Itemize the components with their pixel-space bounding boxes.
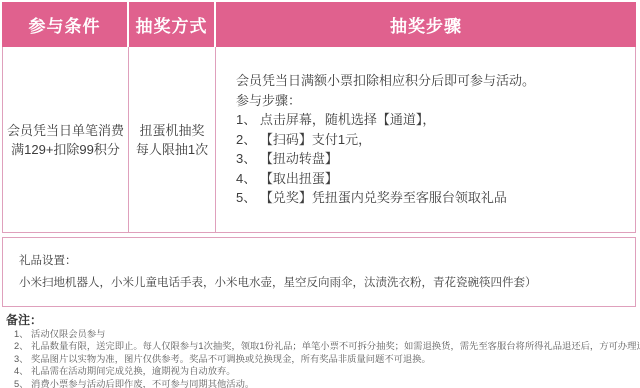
- condition-cell: 会员凭当日单笔消费 满129+扣除99积分: [3, 47, 129, 232]
- header-steps-label: 抽奖步骤: [390, 12, 462, 37]
- gift-settings-box: 礼品设置： 小米扫地机器人，小米儿童电话手表，小米电水壶，星空反向雨伞，汰渍洗衣…: [2, 237, 636, 307]
- gift-settings-items: 小米扫地机器人，小米儿童电话手表，小米电水壶，星空反向雨伞，汰渍洗衣粉，青花瓷碗…: [19, 272, 627, 294]
- rules-table: 参与条件 抽奖方式 抽奖步骤 会员凭当日单笔消费 满129+扣除99积分 扭蛋机…: [2, 2, 636, 388]
- note-item-2: 2、 礼品数量有限，送完即止。每人仅限参与1次抽奖，领取1份礼品；单笔小票不可拆…: [14, 340, 632, 352]
- step-item-3: 3、 【扭动转盘】: [236, 149, 627, 169]
- header-method-label: 抽奖方式: [136, 12, 208, 37]
- header-cell-steps: 抽奖步骤: [216, 2, 636, 47]
- method-line-1: 扭蛋机抽奖: [139, 121, 204, 140]
- header-cell-method: 抽奖方式: [129, 2, 214, 47]
- step-item-5: 5、 【兑奖】凭扭蛋内兑奖券至客服台领取礼品: [236, 188, 627, 208]
- condition-line-2: 满129+扣除99积分: [11, 140, 120, 159]
- table-header-row: 参与条件 抽奖方式 抽奖步骤: [2, 2, 636, 47]
- steps-cell: 会员凭当日满额小票扣除相应积分后即可参与活动。 参与步骤： 1、 点击屏幕，随机…: [216, 47, 635, 232]
- notes-section: 备注： 1、 活动仅限会员参与 2、 礼品数量有限，送完即止。每人仅限参与1次抽…: [2, 307, 636, 388]
- step-item-1: 1、 点击屏幕，随机选择【通道】，: [236, 110, 627, 130]
- condition-line-1: 会员凭当日单笔消费: [7, 121, 124, 140]
- gift-settings-label: 礼品设置：: [19, 250, 627, 272]
- note-item-5: 5、 消费小票参与活动后即作废，不可参与同期其他活动。: [14, 378, 632, 388]
- steps-intro: 会员凭当日满额小票扣除相应积分后即可参与活动。: [236, 71, 627, 91]
- method-line-2: 每人限抽1次: [136, 140, 208, 159]
- steps-label: 参与步骤：: [236, 91, 627, 111]
- header-condition-label: 参与条件: [29, 12, 101, 37]
- note-item-4: 4、 礼品需在活动期间完成兑换，逾期视为自动放弃。: [14, 365, 632, 377]
- step-item-4: 4、 【取出扭蛋】: [236, 169, 627, 189]
- promo-rules-notice: 参与条件 抽奖方式 抽奖步骤 会员凭当日单笔消费 满129+扣除99积分 扭蛋机…: [0, 0, 640, 388]
- note-item-1: 1、 活动仅限会员参与: [14, 328, 632, 340]
- note-item-3: 3、 奖品图片以实物为准，图片仅供参考。奖品不可调换或兑换现金，所有奖品非质量问…: [14, 353, 632, 365]
- notes-label: 备注：: [6, 313, 632, 328]
- table-body-row: 会员凭当日单笔消费 满129+扣除99积分 扭蛋机抽奖 每人限抽1次 会员凭当日…: [2, 47, 636, 233]
- method-cell: 扭蛋机抽奖 每人限抽1次: [129, 47, 216, 232]
- step-item-2: 2、 【扫码】支付1元，: [236, 130, 627, 150]
- header-cell-condition: 参与条件: [2, 2, 127, 47]
